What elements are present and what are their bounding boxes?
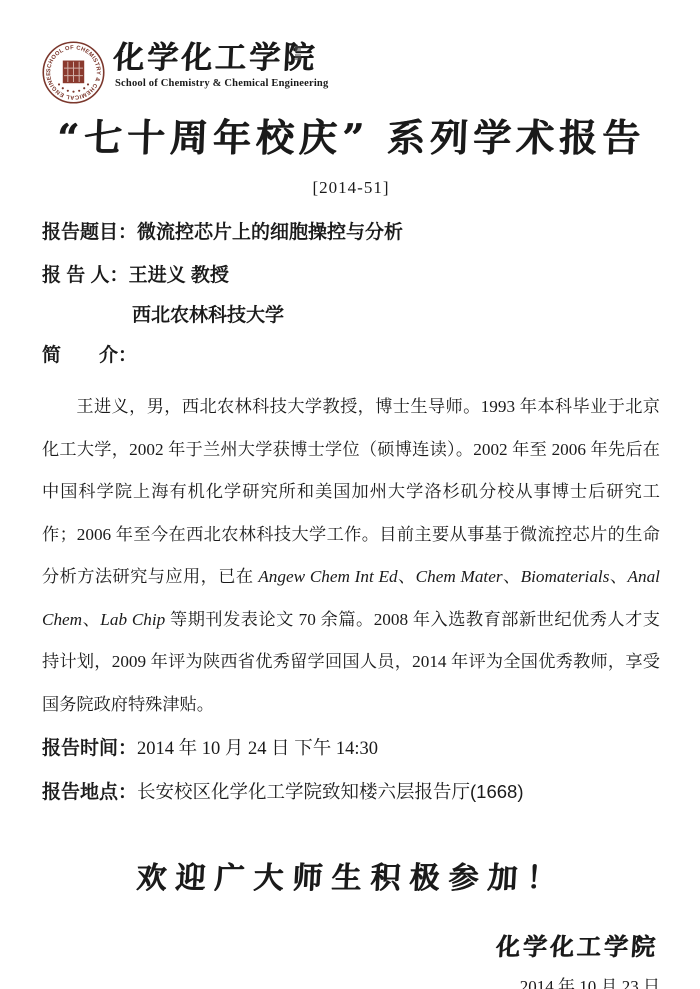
speaker-value: 王进义 教授 <box>129 263 229 288</box>
org-name-block: 化学化工学院 School of Chemistry & Chemical En… <box>113 40 328 89</box>
location-row: 报告地点： 长安校区化学化工学院致知楼六层报告厅(1668) <box>42 779 660 805</box>
welcome-line: 欢迎广大师生积极参加！ <box>41 853 661 897</box>
topic-label: 报告题目： <box>42 220 137 245</box>
speaker-label: 报 告 人： <box>42 263 129 288</box>
topic-row: 报告题目： 微流控芯片上的细胞操控与分析 <box>42 220 660 245</box>
affiliation-value: 西北农林科技大学 <box>132 303 284 328</box>
time-value: 2014 年 10 月 24 日 下午 14:30 <box>137 737 378 762</box>
location-value: 长安校区化学化工学院致知楼六层报告厅(1668) <box>137 779 523 804</box>
bio-label-row: 简 介： <box>42 343 660 368</box>
poster-title: “七十周年校庆” 系列学术报告 <box>41 112 661 164</box>
talk-info: 报告题目： 微流控芯片上的细胞操控与分析 报 告 人： 王进义 教授 西北农林科… <box>42 220 660 368</box>
school-seal-logo: SCHOOL OF CHEMISTRY & CHEMICAL ENGINEERI… <box>42 41 105 104</box>
seminar-poster-page: SCHOOL OF CHEMISTRY & CHEMICAL ENGINEERI… <box>0 0 700 989</box>
affiliation-row: 西北农林科技大学 <box>42 303 660 328</box>
location-label: 报告地点： <box>42 780 137 805</box>
school-name-english: School of Chemistry & Chemical Engineeri… <box>115 78 328 89</box>
signature-date: 2014 年 10 月 23 日 <box>42 972 660 989</box>
calligraphy-signature-mark <box>295 46 301 60</box>
seal-icon: SCHOOL OF CHEMISTRY & CHEMICAL ENGINEERI… <box>42 41 105 104</box>
header: SCHOOL OF CHEMISTRY & CHEMICAL ENGINEERI… <box>42 40 660 106</box>
serial-number: [2014-51] <box>42 178 660 198</box>
time-label: 报告时间： <box>42 736 137 761</box>
time-row: 报告时间： 2014 年 10 月 24 日 下午 14:30 <box>42 736 660 762</box>
signature-block: 化学化工学院 2014 年 10 月 23 日 <box>42 927 660 989</box>
signature-org: 化学化工学院 <box>495 927 659 962</box>
topic-value: 微流控芯片上的细胞操控与分析 <box>137 220 403 245</box>
meta-section: 报告时间： 2014 年 10 月 24 日 下午 14:30 报告地点： 长安… <box>42 736 660 805</box>
speaker-row: 报 告 人： 王进义 教授 <box>42 263 660 288</box>
bio-label: 简 介： <box>42 343 137 368</box>
speaker-bio: 王进义，男，西北农林科技大学教授，博士生导师。1993 年本科毕业于北京化工大学… <box>42 386 660 726</box>
